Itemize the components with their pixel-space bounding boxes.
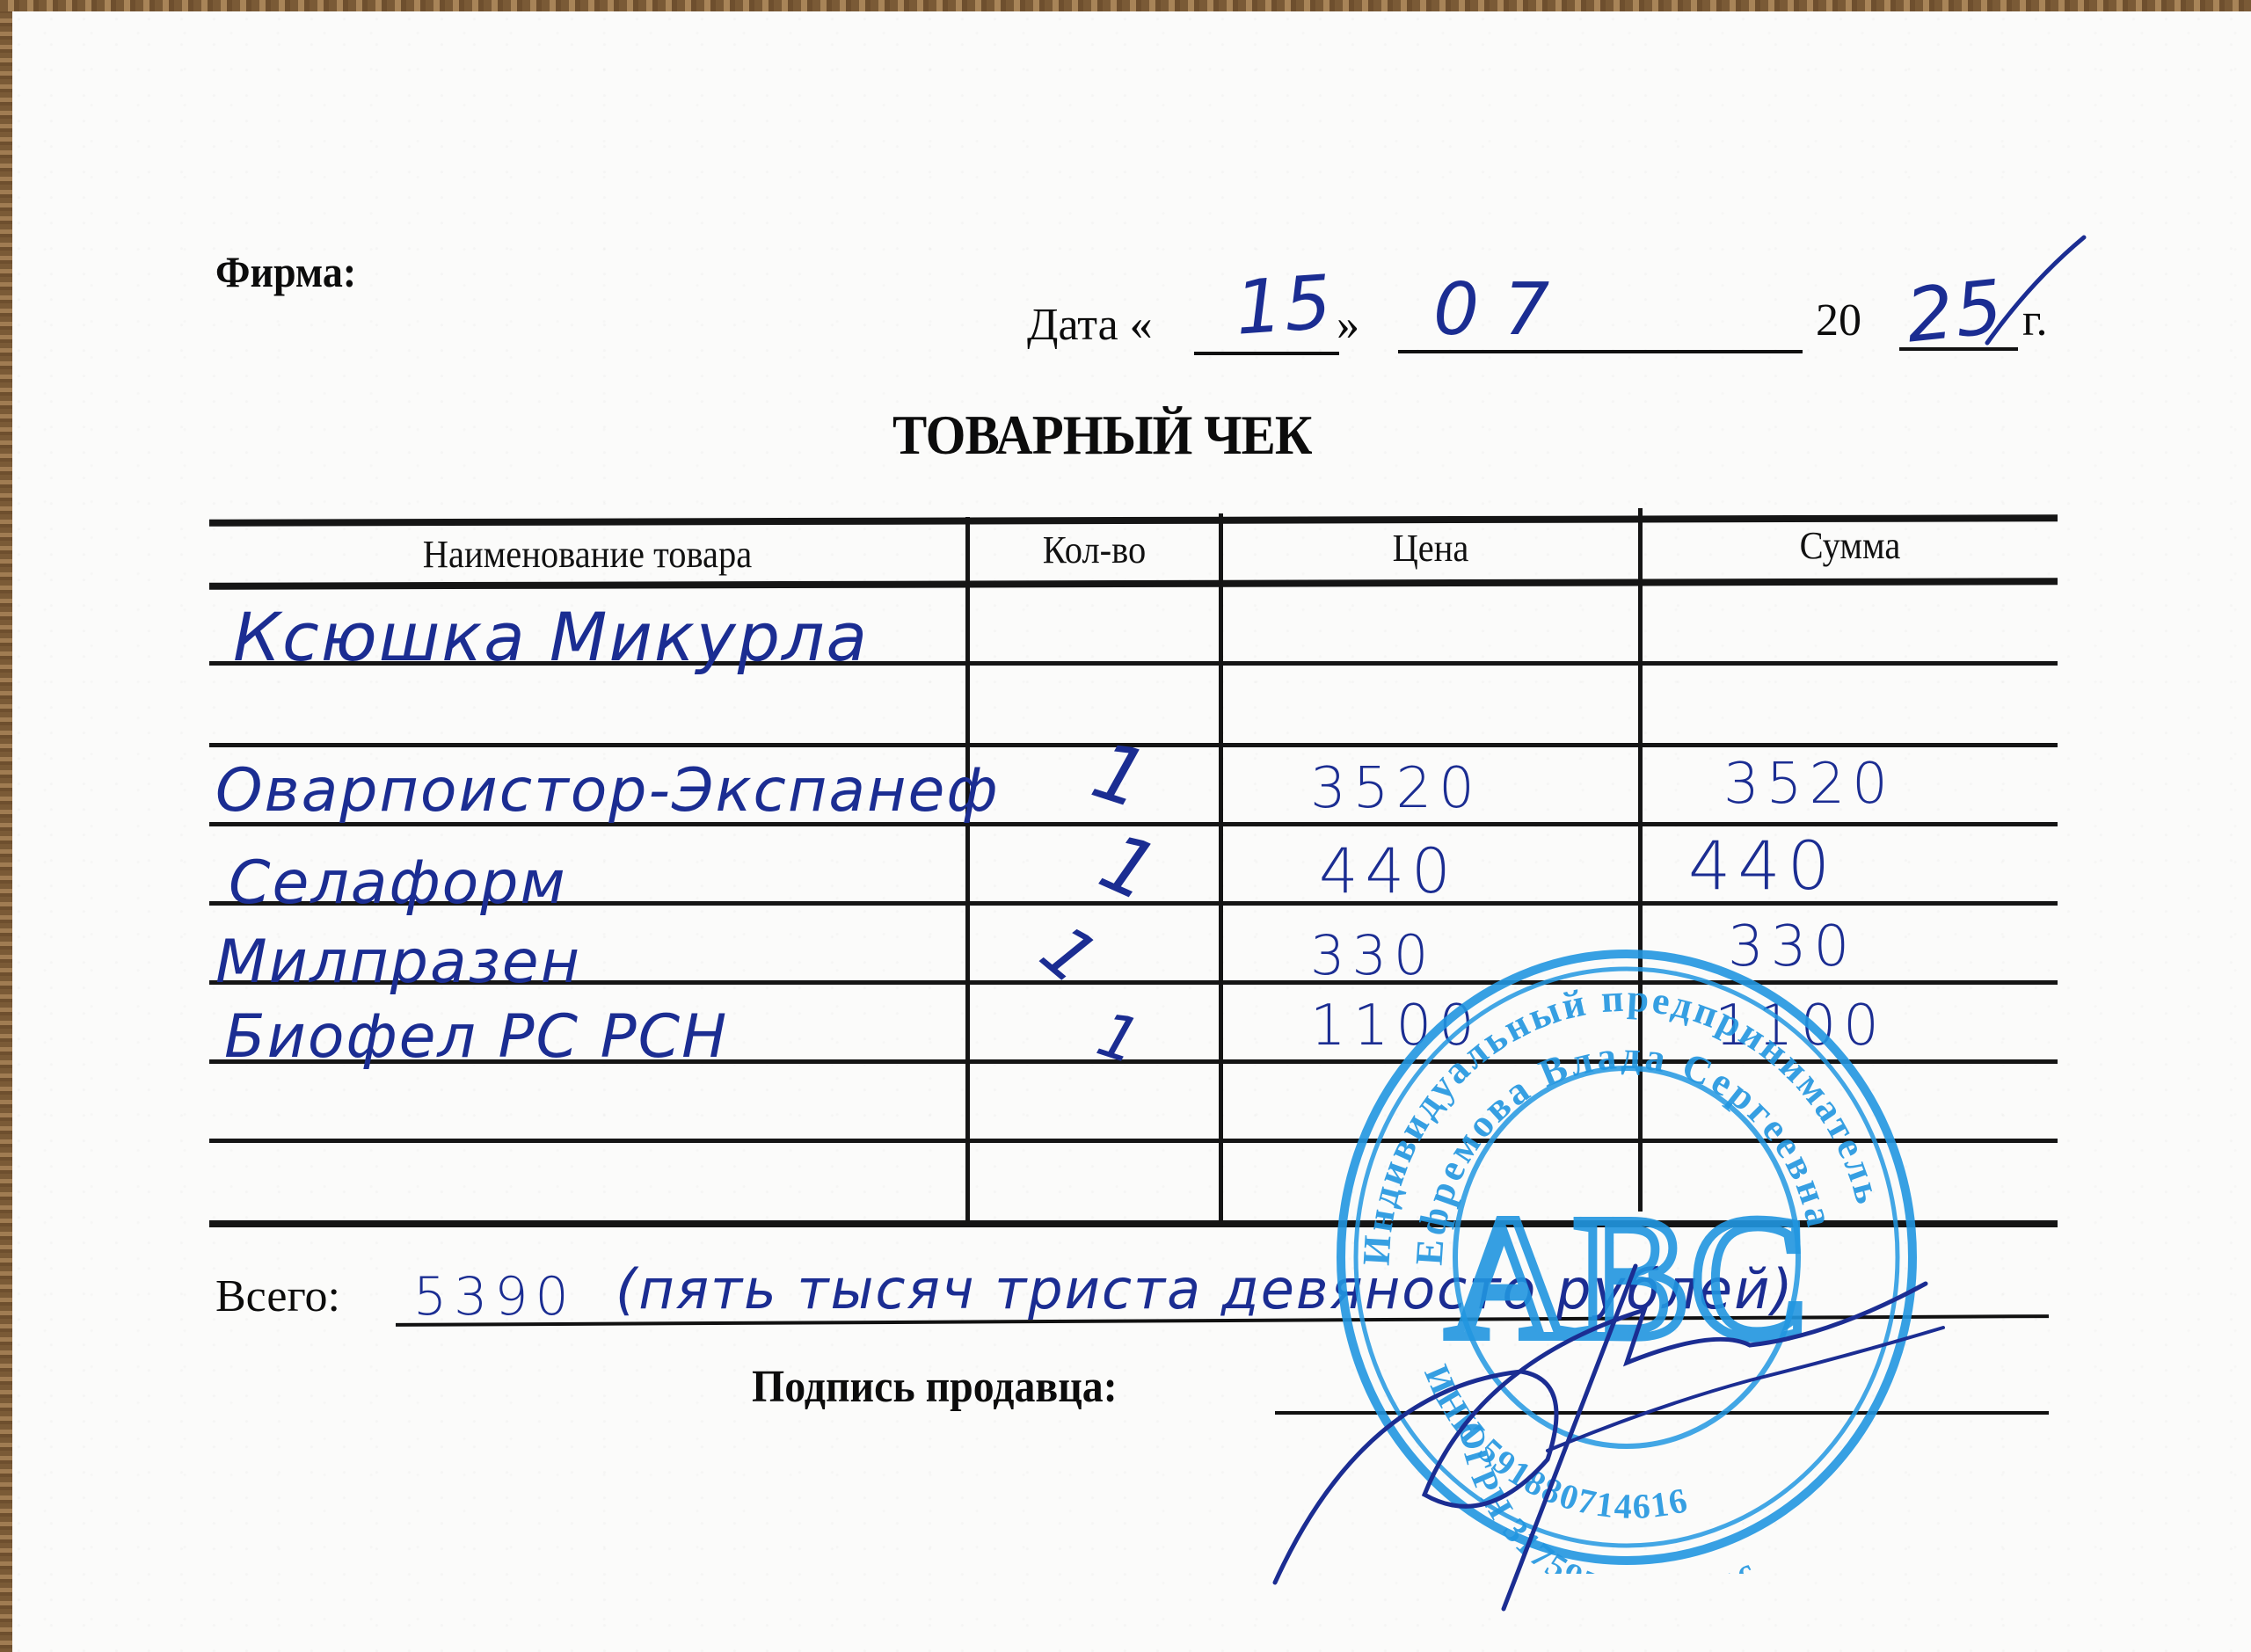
year-prefix: 20 — [1816, 295, 1861, 346]
wood-background-left — [0, 0, 12, 1652]
header-sum: Сумма — [1659, 523, 2041, 568]
item-name: Оварпоистор-Экспанеф — [215, 756, 1000, 826]
item-name: Биофел РС РСН — [224, 1002, 728, 1072]
day-underline — [1194, 352, 1339, 355]
date-close-quote: » — [1337, 299, 1359, 351]
item-name: Милпразен — [215, 928, 581, 997]
buyer-name: Ксюшка Микурла — [233, 598, 869, 676]
item-name: Селаформ — [229, 848, 567, 918]
year-unit: г. — [2022, 295, 2047, 346]
header-item-name: Наименование товара — [239, 532, 935, 577]
header-qty: Кол-во — [980, 528, 1208, 572]
signature-label: Подпись продавца: — [752, 1361, 1118, 1413]
date-month: 07 — [1433, 268, 1574, 352]
total-amount: 5390 — [413, 1266, 576, 1328]
item-price: 3520 — [1310, 756, 1482, 821]
item-sum: 3520 — [1723, 752, 1895, 817]
total-label: Всего: — [215, 1270, 340, 1322]
firm-label: Фирма: — [215, 246, 356, 297]
date-day: 15 — [1233, 258, 1336, 351]
document-title: ТОВАРНЫЙ ЧЕК — [892, 403, 1312, 468]
item-price: 440 — [1319, 835, 1458, 907]
header-price: Цена — [1240, 526, 1621, 571]
item-sum: 440 — [1688, 826, 1837, 905]
seller-signature — [1257, 1231, 1961, 1618]
wood-background-top — [0, 0, 2251, 11]
date-label: Дата « — [1027, 299, 1153, 351]
